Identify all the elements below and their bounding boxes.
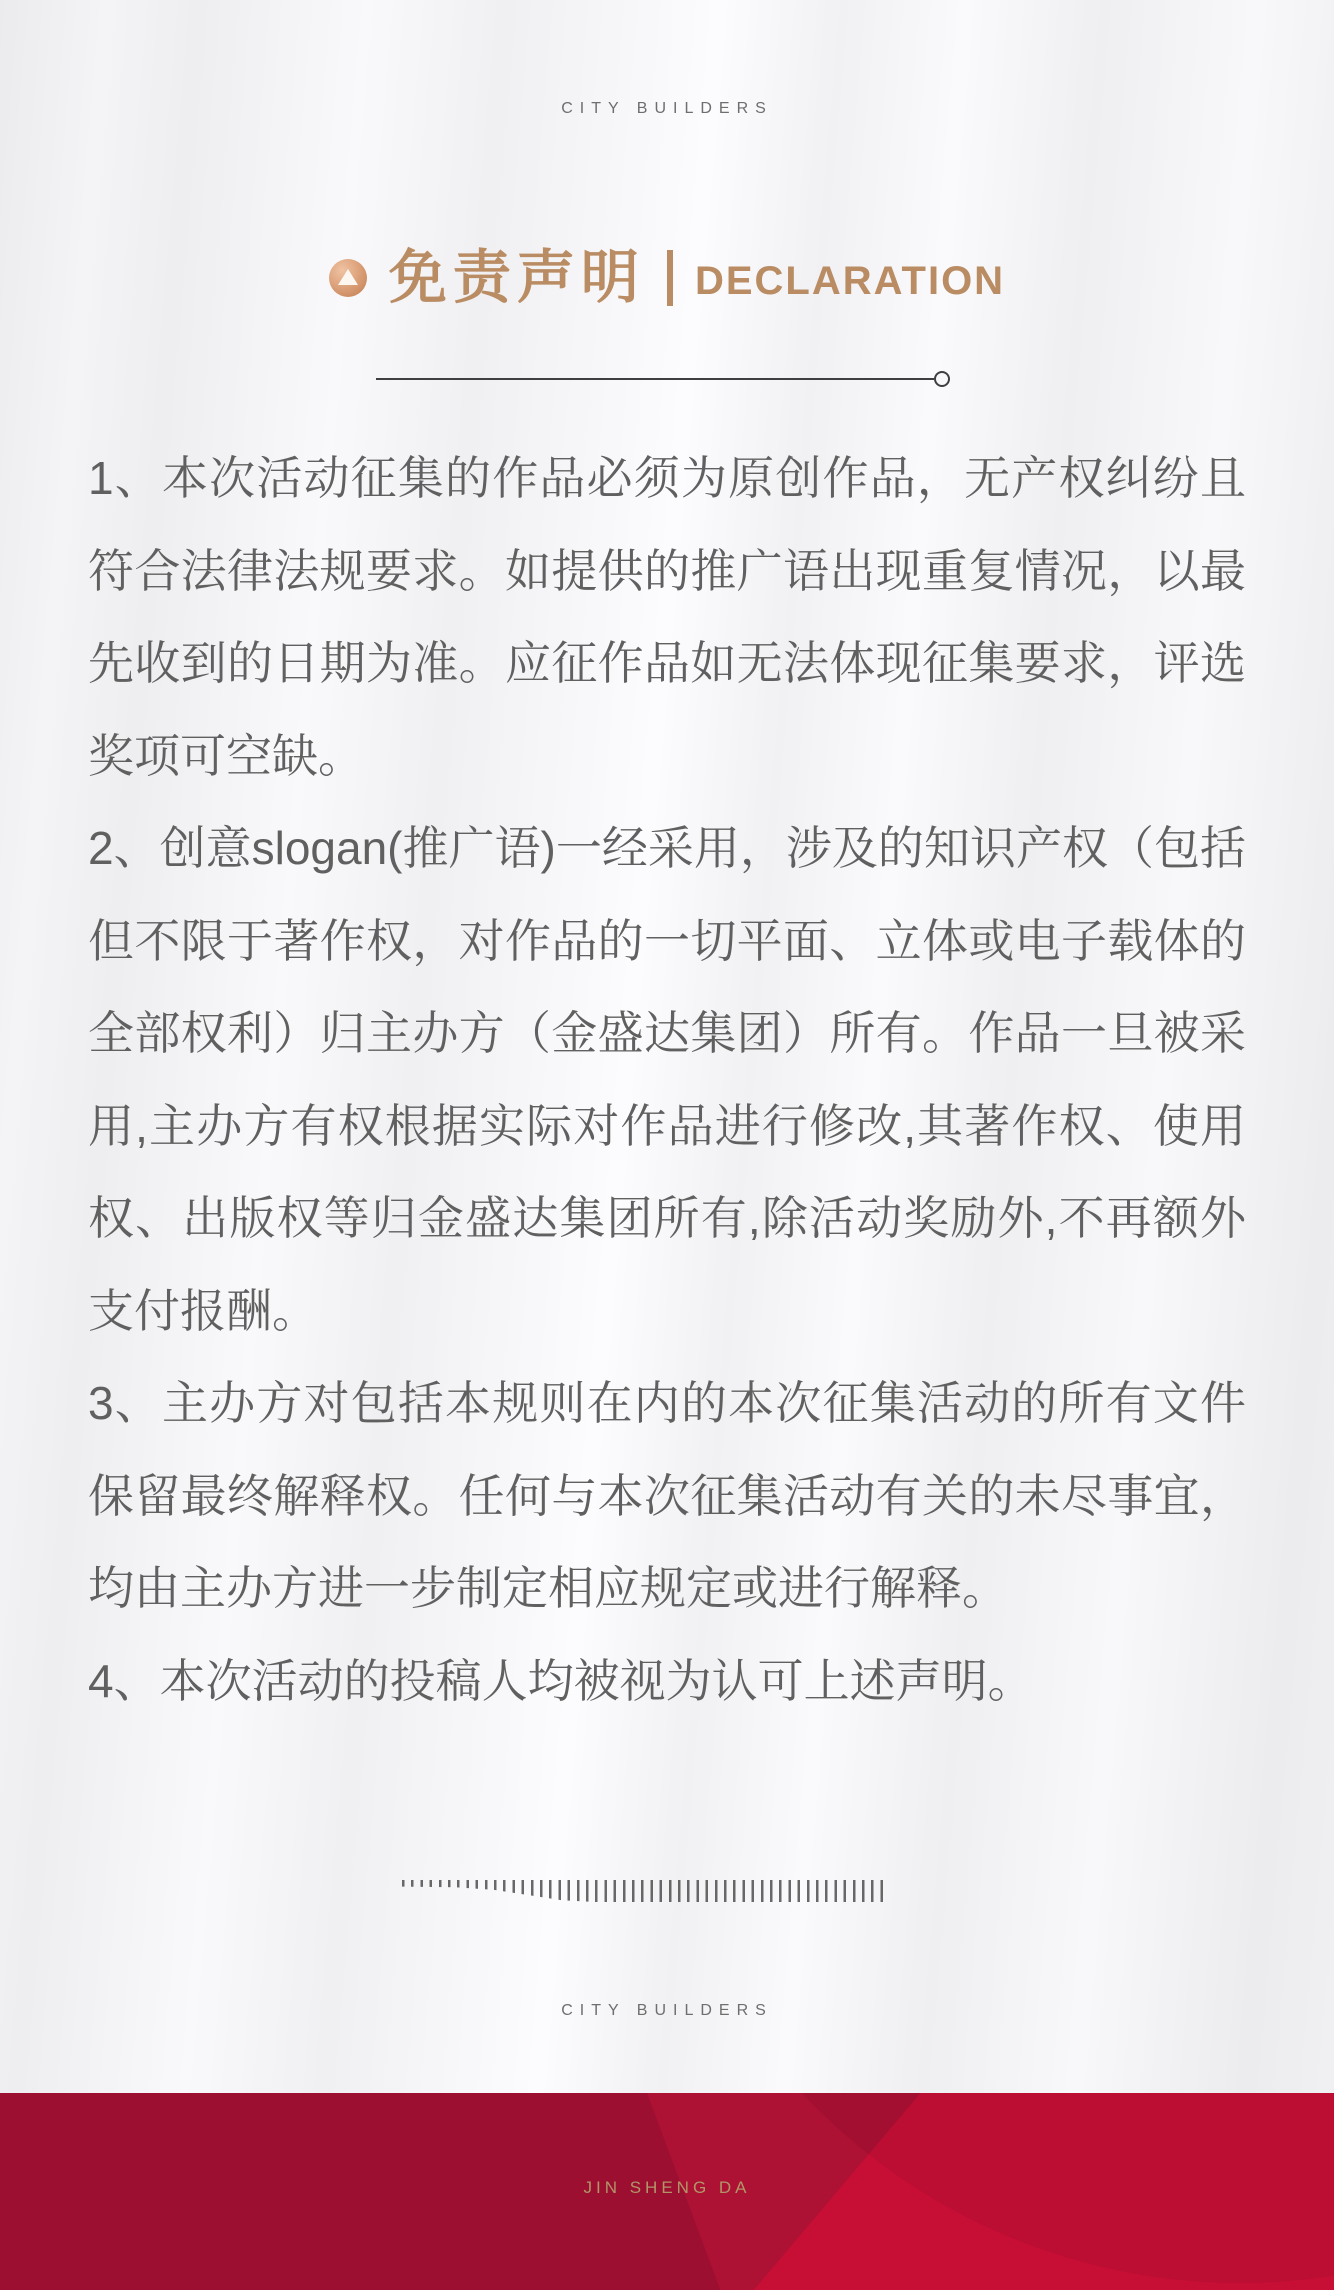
page-title: 免责声明 DECLARATION	[0, 240, 1334, 316]
page-title-en: DECLARATION	[695, 261, 1005, 301]
title-divider-bar	[667, 250, 673, 306]
brand-top-label: CITY BUILDERS	[0, 100, 1334, 118]
rule-end-ring-icon	[934, 371, 950, 387]
triangle-circle-icon	[329, 259, 367, 297]
declaration-paragraph-3: 3、主办方对包括本规则在内的本次征集活动的所有文件保留最终解释权。任何与本次征集…	[88, 1357, 1246, 1635]
declaration-paragraph-4: 4、本次活动的投稿人均被视为认可上述声明。	[88, 1635, 1246, 1728]
brand-bottom-label: CITY BUILDERS	[0, 2002, 1334, 2020]
page-title-zh: 免责声明	[389, 249, 645, 307]
declaration-paragraph-1: 1、本次活动征集的作品必须为原创作品，无产权纠纷且符合法律法规要求。如提供的推广…	[88, 432, 1246, 802]
declaration-body: 1、本次活动征集的作品必须为原创作品，无产权纠纷且符合法律法规要求。如提供的推广…	[88, 432, 1246, 1727]
footer-brand-pinyin: JIN SHENG DA	[0, 2178, 1334, 2198]
triangle-glyph	[338, 269, 358, 285]
title-underline-rule	[376, 370, 934, 388]
declaration-paragraph-2: 2、创意slogan(推广语)一经采用，涉及的知识产权（包括但不限于著作权，对作…	[88, 802, 1246, 1357]
wave-tick-divider	[402, 1880, 886, 1902]
disclaimer-page: CITY BUILDERS 免责声明 DECLARATION 1、本次活动征集的…	[0, 0, 1334, 2290]
footer-red-band: JIN SHENG DA	[0, 2093, 1334, 2290]
rule-line	[376, 378, 934, 380]
